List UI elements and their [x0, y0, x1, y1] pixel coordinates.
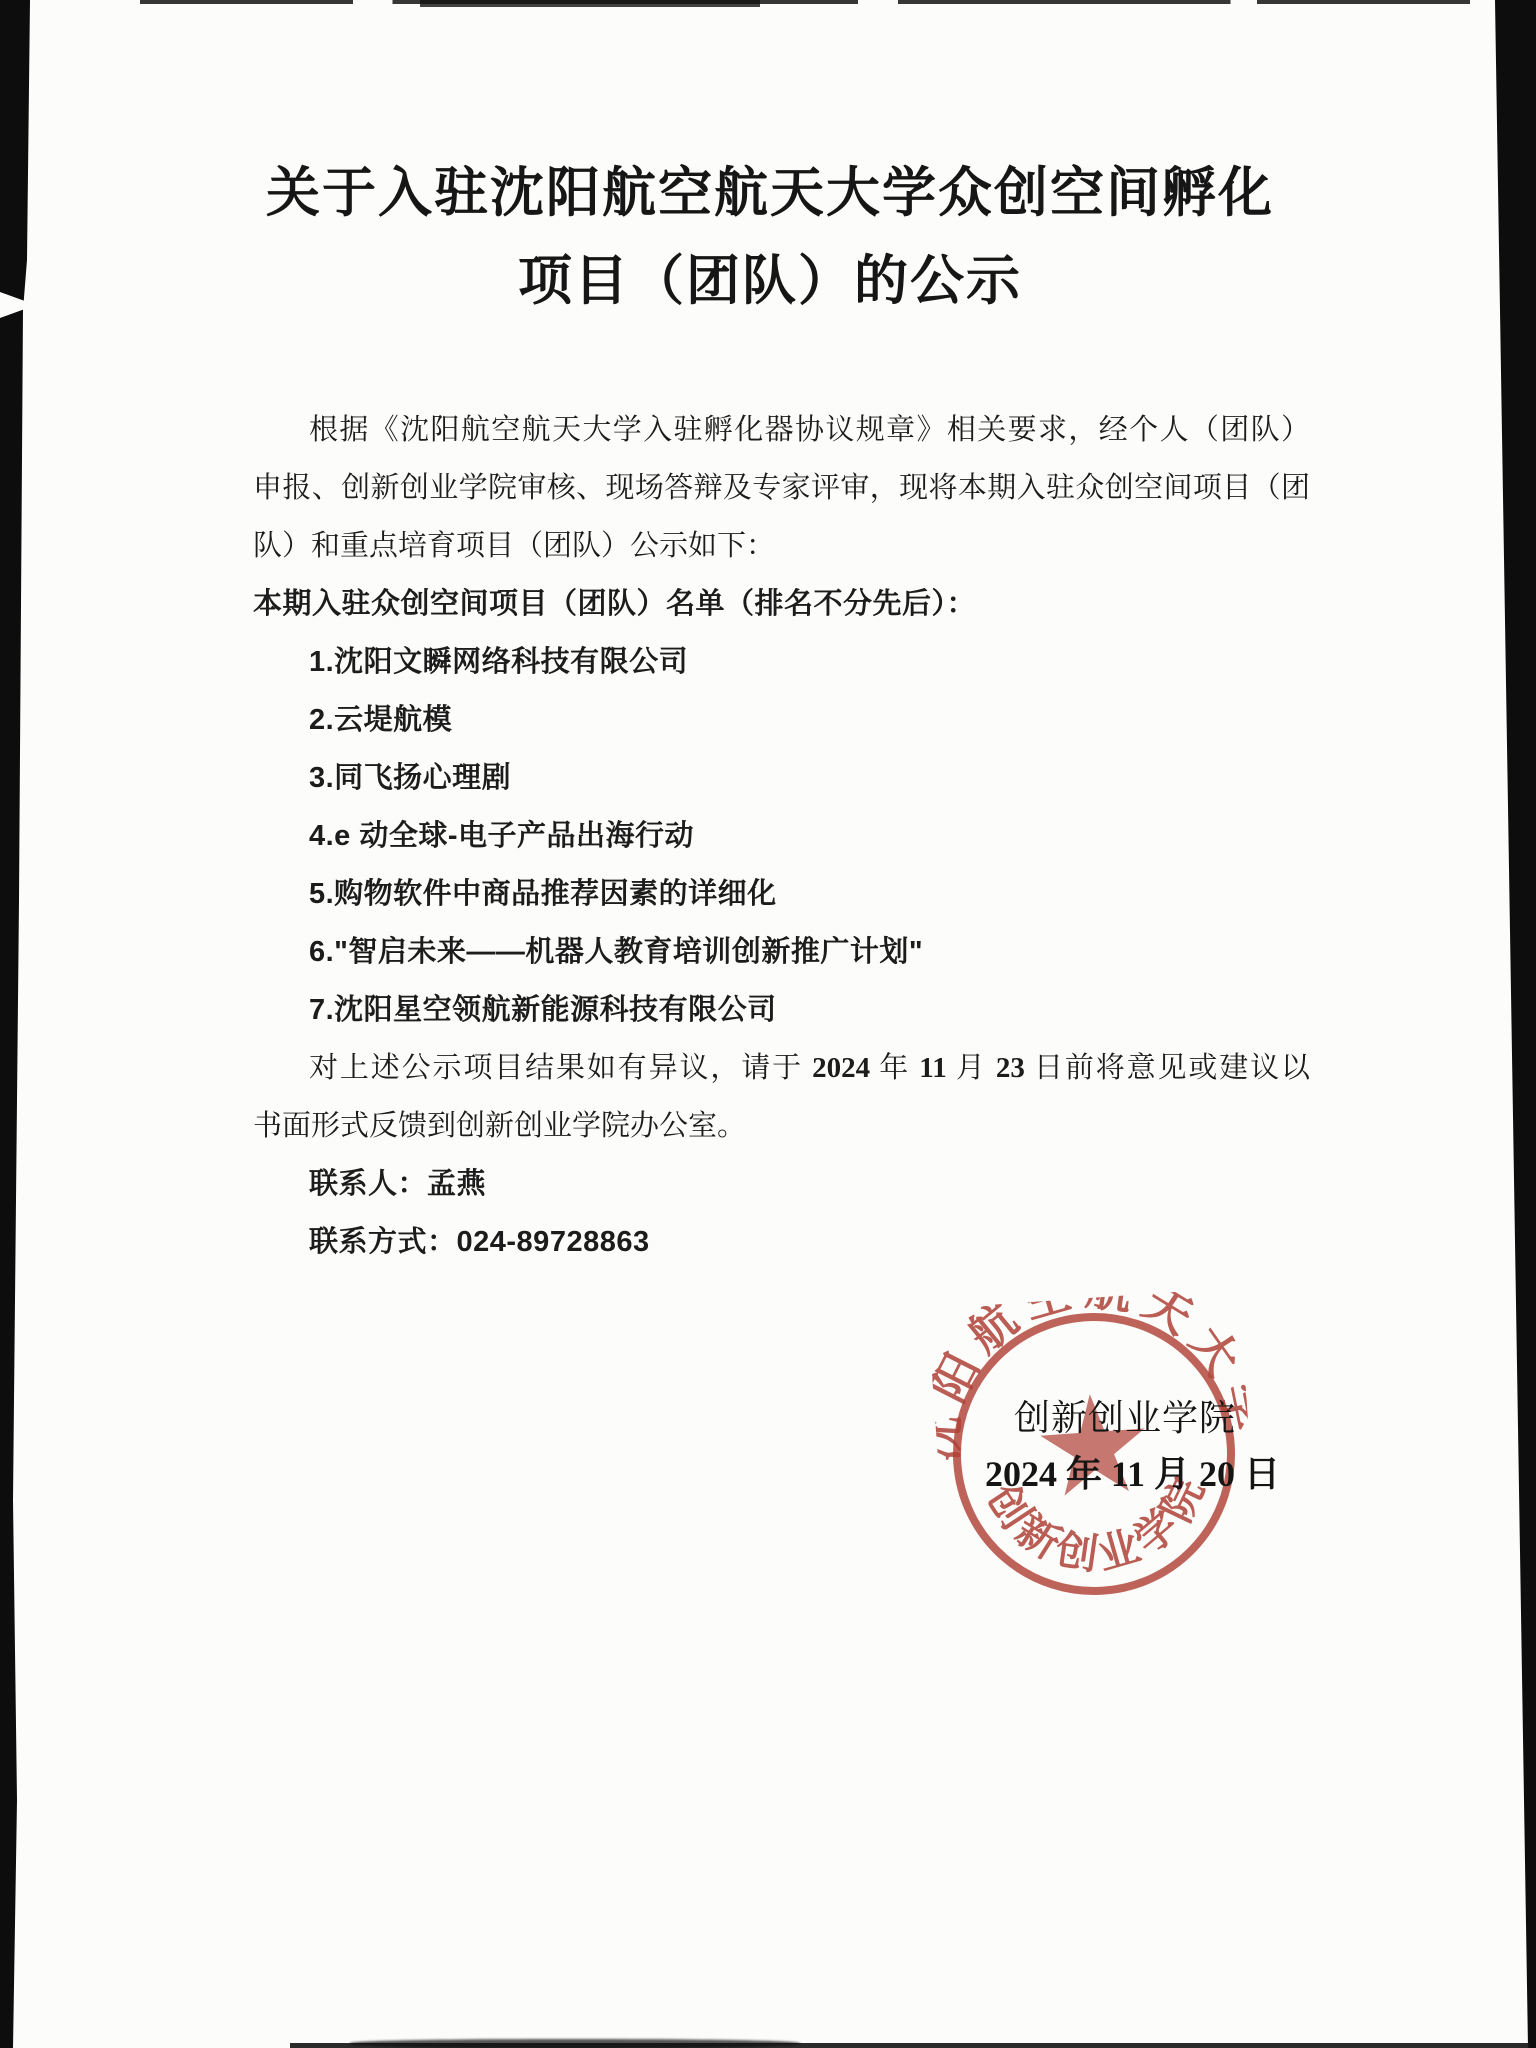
list-item-7: 7.沈阳星空领航新能源科技有限公司 — [253, 981, 1310, 1039]
paragraph-line-3: 队）和重点培育项目（团队）公示如下： — [253, 517, 1310, 575]
signoff-org: 创新创业学院 — [1010, 1390, 1240, 1441]
body-lines: 根据《沈阳航空航天大学入驻孵化器协议规章》相关要求，经个人（团队）申报、创新创业… — [253, 401, 1310, 1271]
list-item-2: 2.云堤航模 — [253, 691, 1310, 749]
list-heading: 本期入驻众创空间项目（团队）名单（排名不分先后）： — [253, 575, 1310, 633]
paragraph2-line-2: 书面形式反馈到创新创业学院办公室。 — [253, 1097, 1310, 1155]
list-item-6: 6."智启未来——机器人教育培训创新推广计划" — [253, 923, 1310, 981]
paragraph2-line-1: 对上述公示项目结果如有异议，请于 2024 年 11 月 23 日前将意见或建议… — [253, 1039, 1310, 1097]
list-item-4: 4.e 动全球-电子产品出海行动 — [253, 807, 1310, 865]
top-scan-edge — [140, 0, 1470, 4]
right-scan-edge — [1490, 0, 1536, 2048]
top-scan-smudge — [420, 0, 760, 7]
contact-person-line: 联系人：孟燕 — [253, 1155, 1310, 1213]
signoff-date: 2024 年 11 月 20 日 — [985, 1446, 1275, 1497]
list-item-5: 5.购物软件中商品推荐因素的详细化 — [253, 865, 1310, 923]
document-title-line-1: 关于入驻沈阳航空航天大学众创空间孵化 — [200, 149, 1340, 237]
document-title: 关于入驻沈阳航空航天大学众创空间孵化 项目（团队）的公示 — [200, 149, 1340, 325]
paragraph-line-1: 根据《沈阳航空航天大学入驻孵化器协议规章》相关要求，经个人（团队） — [253, 401, 1310, 459]
list-item-3: 3.同飞扬心理剧 — [253, 749, 1310, 807]
scanned-document-page: 关于入驻沈阳航空航天大学众创空间孵化 项目（团队）的公示 根据《沈阳航空航天大学… — [0, 0, 1536, 2048]
bottom-scan-smudge — [350, 2039, 800, 2048]
list-item-1: 1.沈阳文瞬网络科技有限公司 — [253, 633, 1310, 691]
paragraph-line-2: 申报、创新创业学院审核、现场答辩及专家评审，现将本期入驻众创空间项目（团 — [253, 459, 1310, 517]
document-title-line-2: 项目（团队）的公示 — [200, 237, 1340, 325]
contact-phone-line: 联系方式：024-89728863 — [253, 1213, 1310, 1271]
